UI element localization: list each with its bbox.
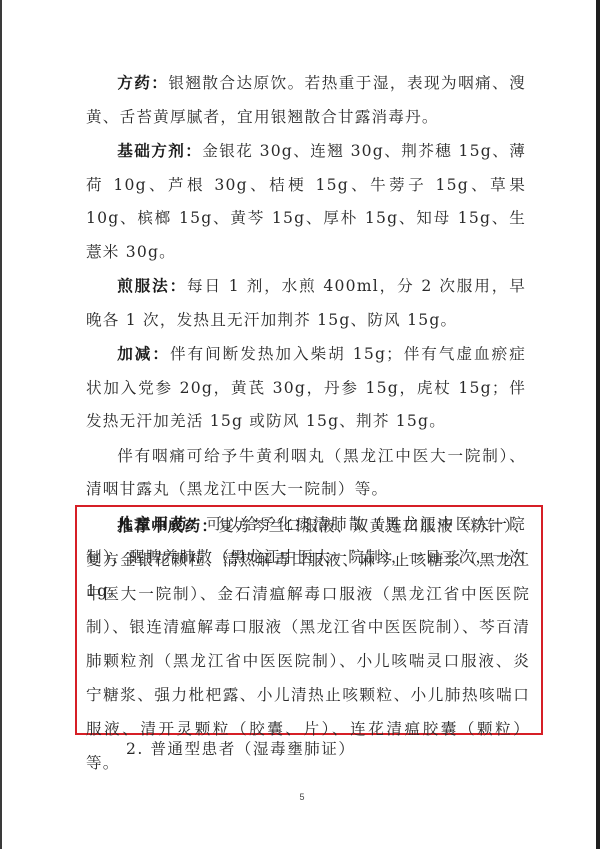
- paragraph-label: 煎服法：: [117, 276, 187, 295]
- paragraph-text: 复方芩兰口服液、双黄连口服液（粉针）、复方金银花颗粒、清热解毒口服液、麻芩止咳糖…: [86, 517, 530, 772]
- paragraph-prescription: 方药：银翘散合达原饮。若热重于湿，表现为咽痛、溲黄、舌苔黄厚腻者，宜用银翘散合甘…: [86, 66, 526, 134]
- paragraph-sore-throat: 伴有咽痛可给予牛黄利咽丸（黑龙江中医大一院制）、清咽甘露丸（黑龙江中医大一院制）…: [86, 439, 526, 507]
- page-number: 5: [2, 792, 600, 802]
- paragraph-text: 伴有咽痛可给予牛黄利咽丸（黑龙江中医大一院制）、清咽甘露丸（黑龙江中医大一院制）…: [86, 447, 526, 499]
- section-heading: 2. 普通型患者（湿毒壅肺证）: [126, 737, 355, 761]
- document-page: 方药：银翘散合达原饮。若热重于湿，表现为咽痛、溲黄、舌苔黄厚腻者，宜用银翘散合甘…: [0, 0, 600, 849]
- paragraph-decoction-method: 煎服法：每日 1 剂，水煎 400ml，分 2 次服用，早晚各 1 次，发热且无…: [86, 269, 526, 337]
- paragraph-base-formula: 基础方剂：金银花 30g、连翘 30g、荆芥穗 15g、薄荷 10g、芦根 30…: [86, 134, 526, 269]
- paragraph-modifications: 加减：伴有间断发热加入柴胡 15g；伴有气虚血瘀症状加入党参 20g，黄芪 30…: [86, 337, 526, 439]
- paragraph-label: 推荐中成药：: [117, 516, 218, 535]
- paragraph-label: 加减：: [117, 344, 170, 363]
- paragraph-label: 方药：: [117, 73, 168, 92]
- paragraph-label: 基础方剂：: [117, 141, 202, 160]
